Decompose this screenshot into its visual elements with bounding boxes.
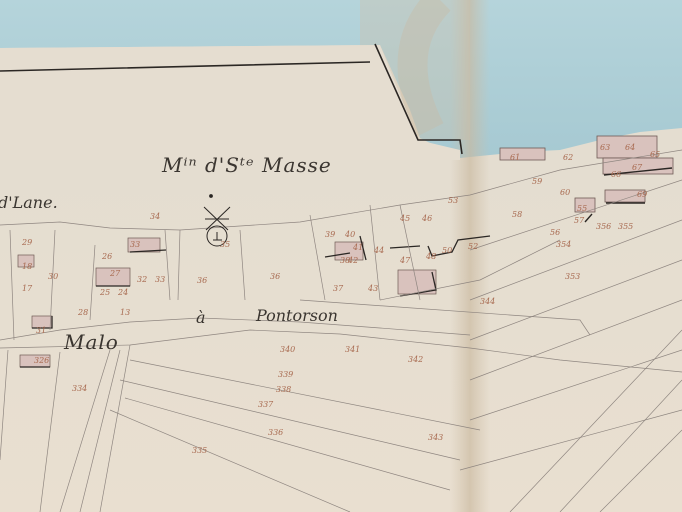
- parcel-number: 37: [333, 284, 343, 293]
- parcel-number: 64: [625, 143, 635, 152]
- parcel-number: 28: [78, 308, 88, 317]
- parcel-number: 336: [268, 428, 283, 437]
- cadastral-map: Mⁱⁿ d'Sᵗᵉ Masse d'Lane. à Pontorson Malo…: [0, 0, 682, 512]
- parcel-number: 44: [374, 246, 384, 255]
- parcel-number: 31: [36, 326, 46, 335]
- windmill-symbol: [204, 195, 230, 246]
- parcel-number: 344: [480, 297, 495, 306]
- parcel-number: 335: [192, 446, 207, 455]
- parcel-number: 26: [102, 252, 112, 261]
- parcel-number: 342: [408, 355, 423, 364]
- parcel-number: 13: [120, 308, 130, 317]
- parcel-number: 67: [632, 163, 642, 172]
- parcel-number: 40: [345, 230, 355, 239]
- parcel-number: 52: [468, 242, 478, 251]
- parcel-number: 338: [276, 385, 291, 394]
- parcel-number: 34: [150, 212, 160, 221]
- parcel-number: 30: [48, 272, 58, 281]
- parcel-number: 48: [426, 252, 436, 261]
- mill-label: Mⁱⁿ d'Sᵗᵉ Masse: [162, 153, 332, 177]
- parcel-number: 24: [118, 288, 128, 297]
- parcel-number: 32: [137, 275, 147, 284]
- parcel-number: 337: [258, 400, 273, 409]
- parcel-number: 61: [510, 153, 520, 162]
- parcel-number: 66: [611, 170, 621, 179]
- parcel-number: 56: [550, 228, 560, 237]
- parcel-number: 343: [428, 433, 443, 442]
- parcel-number: 65: [650, 150, 660, 159]
- parcel-number: 59: [532, 177, 542, 186]
- parcel-number: 339: [278, 370, 293, 379]
- parcel-number: 340: [280, 345, 295, 354]
- parcel-number: 45: [400, 214, 410, 223]
- parcel-number: 33: [155, 275, 165, 284]
- parcel-number: 353: [565, 272, 580, 281]
- parcel-number: 42: [348, 256, 358, 265]
- parcel-number: 27: [110, 269, 120, 278]
- parcel-number: 50: [442, 246, 452, 255]
- road-prefix-label: à: [196, 308, 206, 327]
- parcel-number: 41: [353, 243, 363, 252]
- parcel-number: 47: [400, 256, 410, 265]
- left-partial-label: d'Lane.: [0, 193, 58, 212]
- parcel-number: 36: [270, 272, 280, 281]
- parcel-number: 58: [512, 210, 522, 219]
- parcel-number: 36: [197, 276, 207, 285]
- parcel-number: 33: [130, 240, 140, 249]
- parcel-number: 25: [100, 288, 110, 297]
- parcel-number: 334: [72, 384, 87, 393]
- parcel-number: 60: [560, 188, 570, 197]
- parcel-number: 63: [600, 143, 610, 152]
- road-destination-label: Pontorson: [256, 306, 338, 325]
- windmill-number: 35: [220, 240, 230, 249]
- parcel-number: 18: [22, 262, 32, 271]
- parcel-number: 69: [637, 190, 647, 199]
- parcel-number: 355: [618, 222, 633, 231]
- parcel-number: 356: [596, 222, 611, 231]
- parcel-number: 53: [448, 196, 458, 205]
- parcel-number: 46: [422, 214, 432, 223]
- parcel-number: 57: [574, 216, 584, 225]
- malo-label: Malo: [64, 330, 119, 354]
- parcel-number: 341: [345, 345, 360, 354]
- parcel-number: 326: [34, 356, 49, 365]
- parcel-number: 17: [22, 284, 32, 293]
- parcel-number: 55: [577, 204, 587, 213]
- parcel-number: 39: [325, 230, 335, 239]
- parcel-number: 62: [563, 153, 573, 162]
- parcel-number: 29: [22, 238, 32, 247]
- parcel-number: 354: [556, 240, 571, 249]
- parcel-number: 43: [368, 284, 378, 293]
